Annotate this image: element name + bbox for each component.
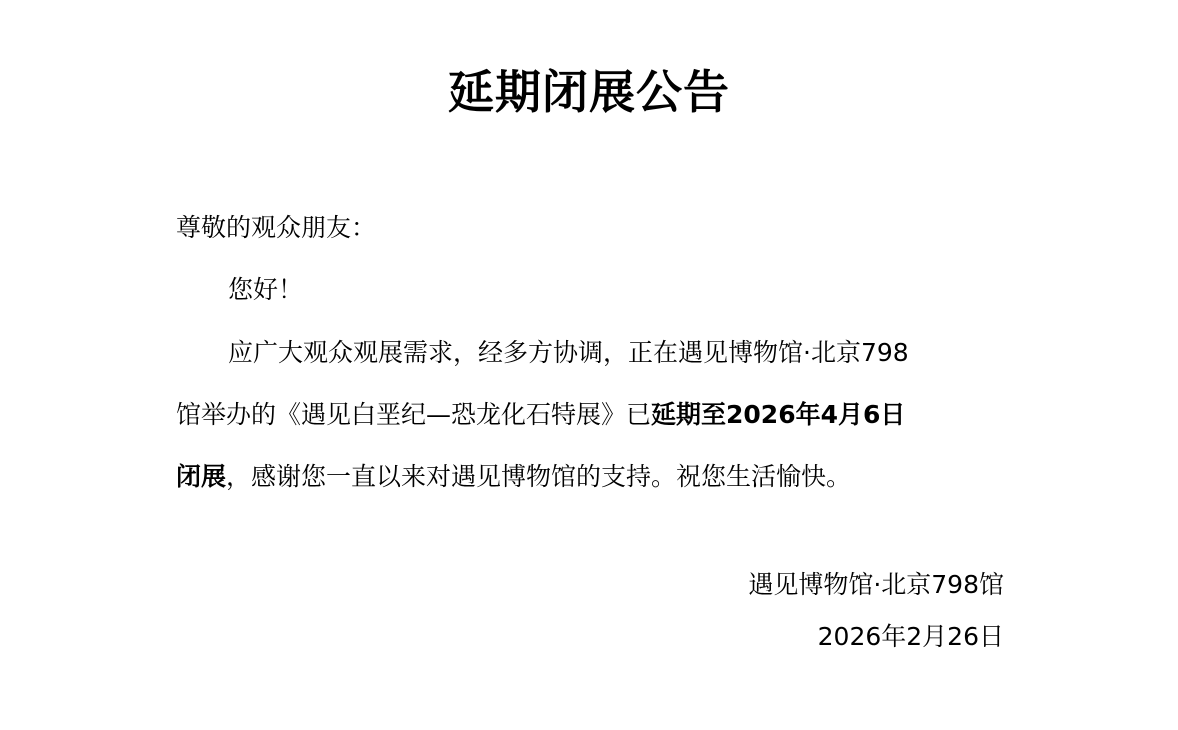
closing-highlight: 闭展	[176, 462, 226, 491]
notice-title: 延期闭展公告	[0, 62, 1178, 122]
notice-date: 2026年2月26日	[818, 621, 1004, 653]
greeting: 您好！	[228, 274, 303, 306]
salutation: 尊敬的观众朋友：	[176, 212, 376, 244]
paragraph-text: 馆举办的《遇见白垩纪—恐龙化石特展》已	[176, 400, 651, 429]
paragraph-line-1: 应广大观众观展需求，经多方协调，正在遇见博物馆·北京798	[228, 337, 909, 369]
signature: 遇见博物馆·北京798馆	[748, 569, 1004, 601]
paragraph-line-2: 馆举办的《遇见白垩纪—恐龙化石特展》已延期至2026年4月6日	[176, 399, 905, 431]
extension-date-highlight: 延期至2026年4月6日	[651, 400, 905, 429]
paragraph-text: ，感谢您一直以来对遇见博物馆的支持。祝您生活愉快。	[226, 462, 851, 491]
paragraph-line-3: 闭展，感谢您一直以来对遇见博物馆的支持。祝您生活愉快。	[176, 461, 851, 493]
